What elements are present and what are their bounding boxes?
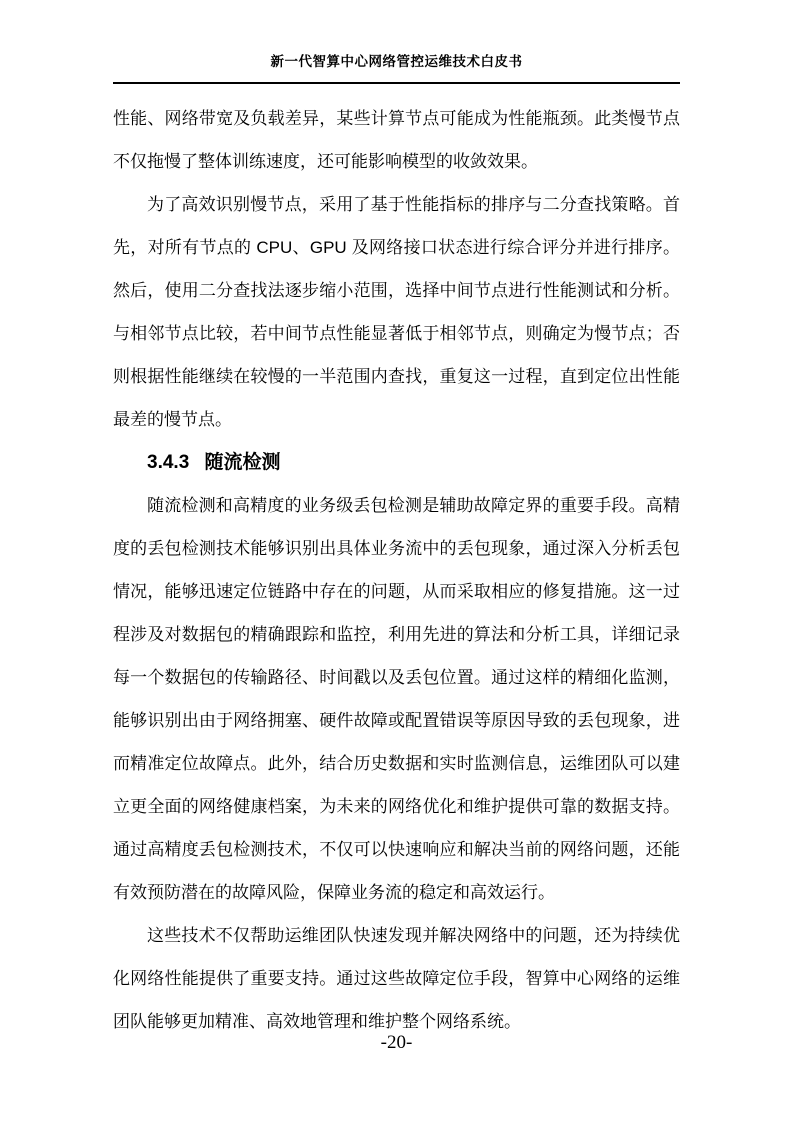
page-number: -20- xyxy=(381,1032,413,1053)
section-title: 随流检测 xyxy=(205,452,281,473)
document-body: 性能、网络带宽及负载差异，某些计算节点可能成为性能瓶颈。此类慢节点不仅拖慢了整体… xyxy=(113,97,680,1043)
page-footer: -20- xyxy=(0,1031,793,1055)
paragraph-summary: 这些技术不仅帮助运维团队快速发现并解决网络中的问题，还为持续优化网络性能提供了重… xyxy=(113,914,680,1043)
paragraph-performance-bottleneck: 性能、网络带宽及负载差异，某些计算节点可能成为性能瓶颈。此类慢节点不仅拖慢了整体… xyxy=(113,97,680,183)
paragraph-flow-detection: 随流检测和高精度的业务级丢包检测是辅助故障定界的重要手段。高精度的丢包检测技术能… xyxy=(113,484,680,914)
page-header: 新一代智算中心网络管控运维技术白皮书 xyxy=(113,0,680,70)
header-title: 新一代智算中心网络管控运维技术白皮书 xyxy=(271,50,523,70)
header-rule xyxy=(113,82,680,84)
paragraph-slow-node-detection: 为了高效识别慢节点，采用了基于性能指标的排序与二分查找策略。首先，对所有节点的 … xyxy=(113,183,680,441)
section-heading: 3.4.3 随流检测 xyxy=(113,441,680,484)
section-number: 3.4.3 xyxy=(147,452,189,473)
document-page: 新一代智算中心网络管控运维技术白皮书 性能、网络带宽及负载差异，某些计算节点可能… xyxy=(0,0,793,1122)
